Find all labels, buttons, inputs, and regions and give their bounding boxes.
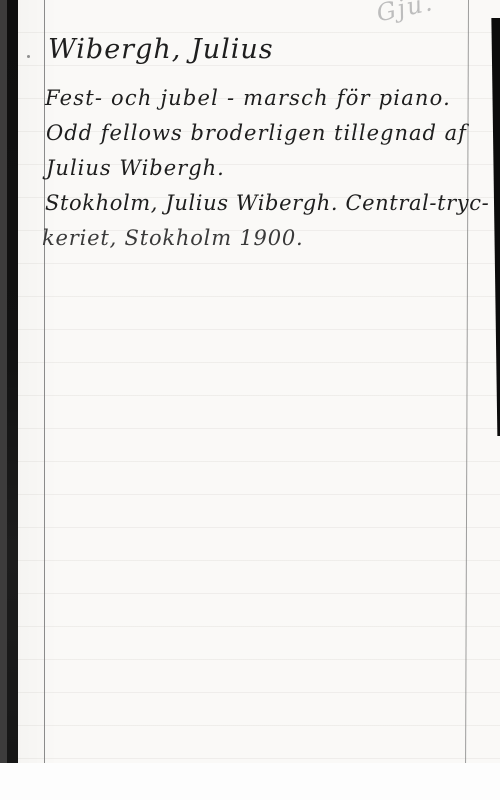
- scanned-catalog-card: Gju. Wibergh, Julius Fest- och jubel - m…: [0, 0, 500, 800]
- card-ruled-line-left: [44, 0, 45, 763]
- card-dedication-line-2: Julius Wibergh.: [46, 156, 225, 180]
- card-heading-composer: Wibergh, Julius: [48, 34, 274, 65]
- ink-dot: [27, 55, 30, 58]
- scan-bottom-margin: [0, 763, 500, 800]
- card-title-line: Fest- och jubel - marsch för piano.: [45, 86, 451, 110]
- card-imprint-line-2: keriet, Stokholm 1900.: [42, 226, 304, 250]
- card-imprint-line-1: Stokholm, Julius Wibergh. Central-tryc-: [45, 191, 489, 215]
- scan-edge-left-black: [7, 0, 18, 763]
- card-dedication-line-1: Odd fellows broderligen tillegnad af: [46, 121, 467, 145]
- card-paper: [18, 0, 500, 763]
